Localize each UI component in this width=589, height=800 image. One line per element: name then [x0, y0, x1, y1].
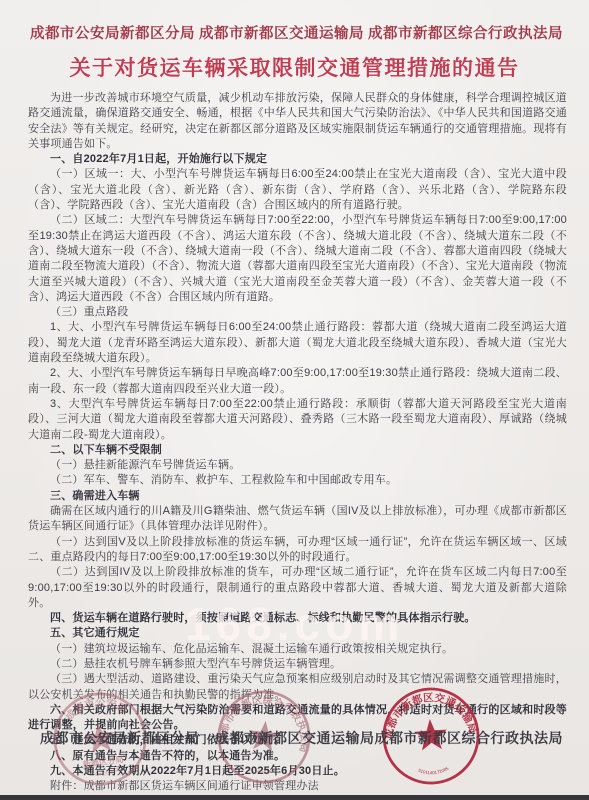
issuing-agencies-header: 成都市公安局新都区分局 成都市新都区交通运输局 成都市新都区综合行政执法局 — [0, 0, 589, 43]
svg-text:5101140167034: 5101140167034 — [245, 764, 277, 776]
notice-paragraph: 3、大型汽车号牌货运车辆每日7:00至22:00禁止通行路段：承顺街（蓉都大道天… — [28, 397, 567, 443]
notice-paragraph: （二）悬挂农机号牌车辆参照大型汽车号牌货运车辆管理。 — [28, 657, 567, 672]
notice-paragraph: （二）达到国IV及以上阶段排放标准的货车，可办理“区域二通行证”，允许在货车区域… — [28, 565, 567, 611]
notice-paragraph: （二）区域二：大型汽车号牌货运车辆每日7:00至22:00，小型汽车号牌货运车辆… — [28, 213, 567, 305]
svg-text:新都区分局: 新都区分局 — [82, 754, 124, 770]
notice-paragraph: （三）重点路段 — [28, 305, 567, 320]
notice-paragraph: （二）军车、警车、消防车、救护车、工程救险车和中国邮政专用车。 — [28, 473, 567, 488]
notice-paragraph: 2、大、小型汽车号牌货运车辆每日早晚高峰7:00至9:00,17:00至19:3… — [28, 366, 567, 397]
notice-paragraph: （一）达到国V及以上阶段排放标准的货运车辆，可办理“区域一通行证”，允许在货运车… — [28, 535, 567, 566]
notice-paragraph: 五、其它通行规定 — [28, 626, 567, 641]
footer-org-label-1: 成都市公安局新都区分局 — [40, 728, 200, 748]
notice-paragraph: （一）悬挂新能源汽车号牌货运车辆。 — [28, 458, 567, 473]
svg-text:5101140172085: 5101140172085 — [417, 765, 450, 776]
notice-body: 为进一步改善城市环境空气质量，减少机动车排放污染，保障人民群众的身体健康，科学合… — [0, 82, 589, 795]
photo-bottom-edge — [0, 795, 589, 800]
header-org-1: 成都市公安局新都区分局 — [30, 22, 195, 43]
notice-paragraph: 一、自2022年7月1日起，开始施行以下规定 — [28, 152, 567, 167]
notice-paragraph: 三、确需进入车辆 — [28, 489, 567, 504]
svg-text:成都市公安局: 成都市公安局 — [61, 691, 131, 724]
notice-paragraph: 二、以下车辆不受限制 — [28, 443, 567, 458]
notice-paragraph: 确需在区域内通行的川A籍及川G籍柴油、燃气货运车辆（国IV及以上排放标准），可办… — [28, 504, 567, 535]
notice-paragraph: （一）建筑垃圾运输车、危化品运输车、混凝土运输车通行政策按相关规定执行。 — [28, 642, 567, 657]
footer-org-label-2: 成都市新都区交通运输局 — [215, 728, 375, 748]
header-org-2: 成都市新都区交通运输局 — [199, 22, 364, 43]
header-org-3: 成都市新都区综合行政执法局 — [368, 22, 563, 43]
footer-org-label-3: 成都市新都区综合行政执法局 — [375, 728, 564, 748]
notice-paragraph: （一）区域一：大、小型汽车号牌货运车辆每日6:00至24:00禁止在宝光大道南段… — [28, 167, 567, 213]
notice-paragraph: 1、大、小型汽车号牌货运车辆每日6:00至24:00禁止通行路段：蓉都大道（绕城… — [28, 320, 567, 366]
notice-title: 关于对货运车辆采取限制交通管理措施的通告 — [0, 52, 589, 82]
notice-paragraph: 为进一步改善城市环境空气质量，减少机动车排放污染，保障人民群众的身体健康，科学合… — [28, 91, 567, 152]
notice-paragraph: 四、货运车辆在道路行驶时，须按照道路交通标志、标线和执勤民警的具体指示行驶。 — [28, 611, 567, 626]
notice-page: 成都市公安局新都区分局 成都市新都区交通运输局 成都市新都区综合行政执法局 关于… — [0, 0, 589, 800]
